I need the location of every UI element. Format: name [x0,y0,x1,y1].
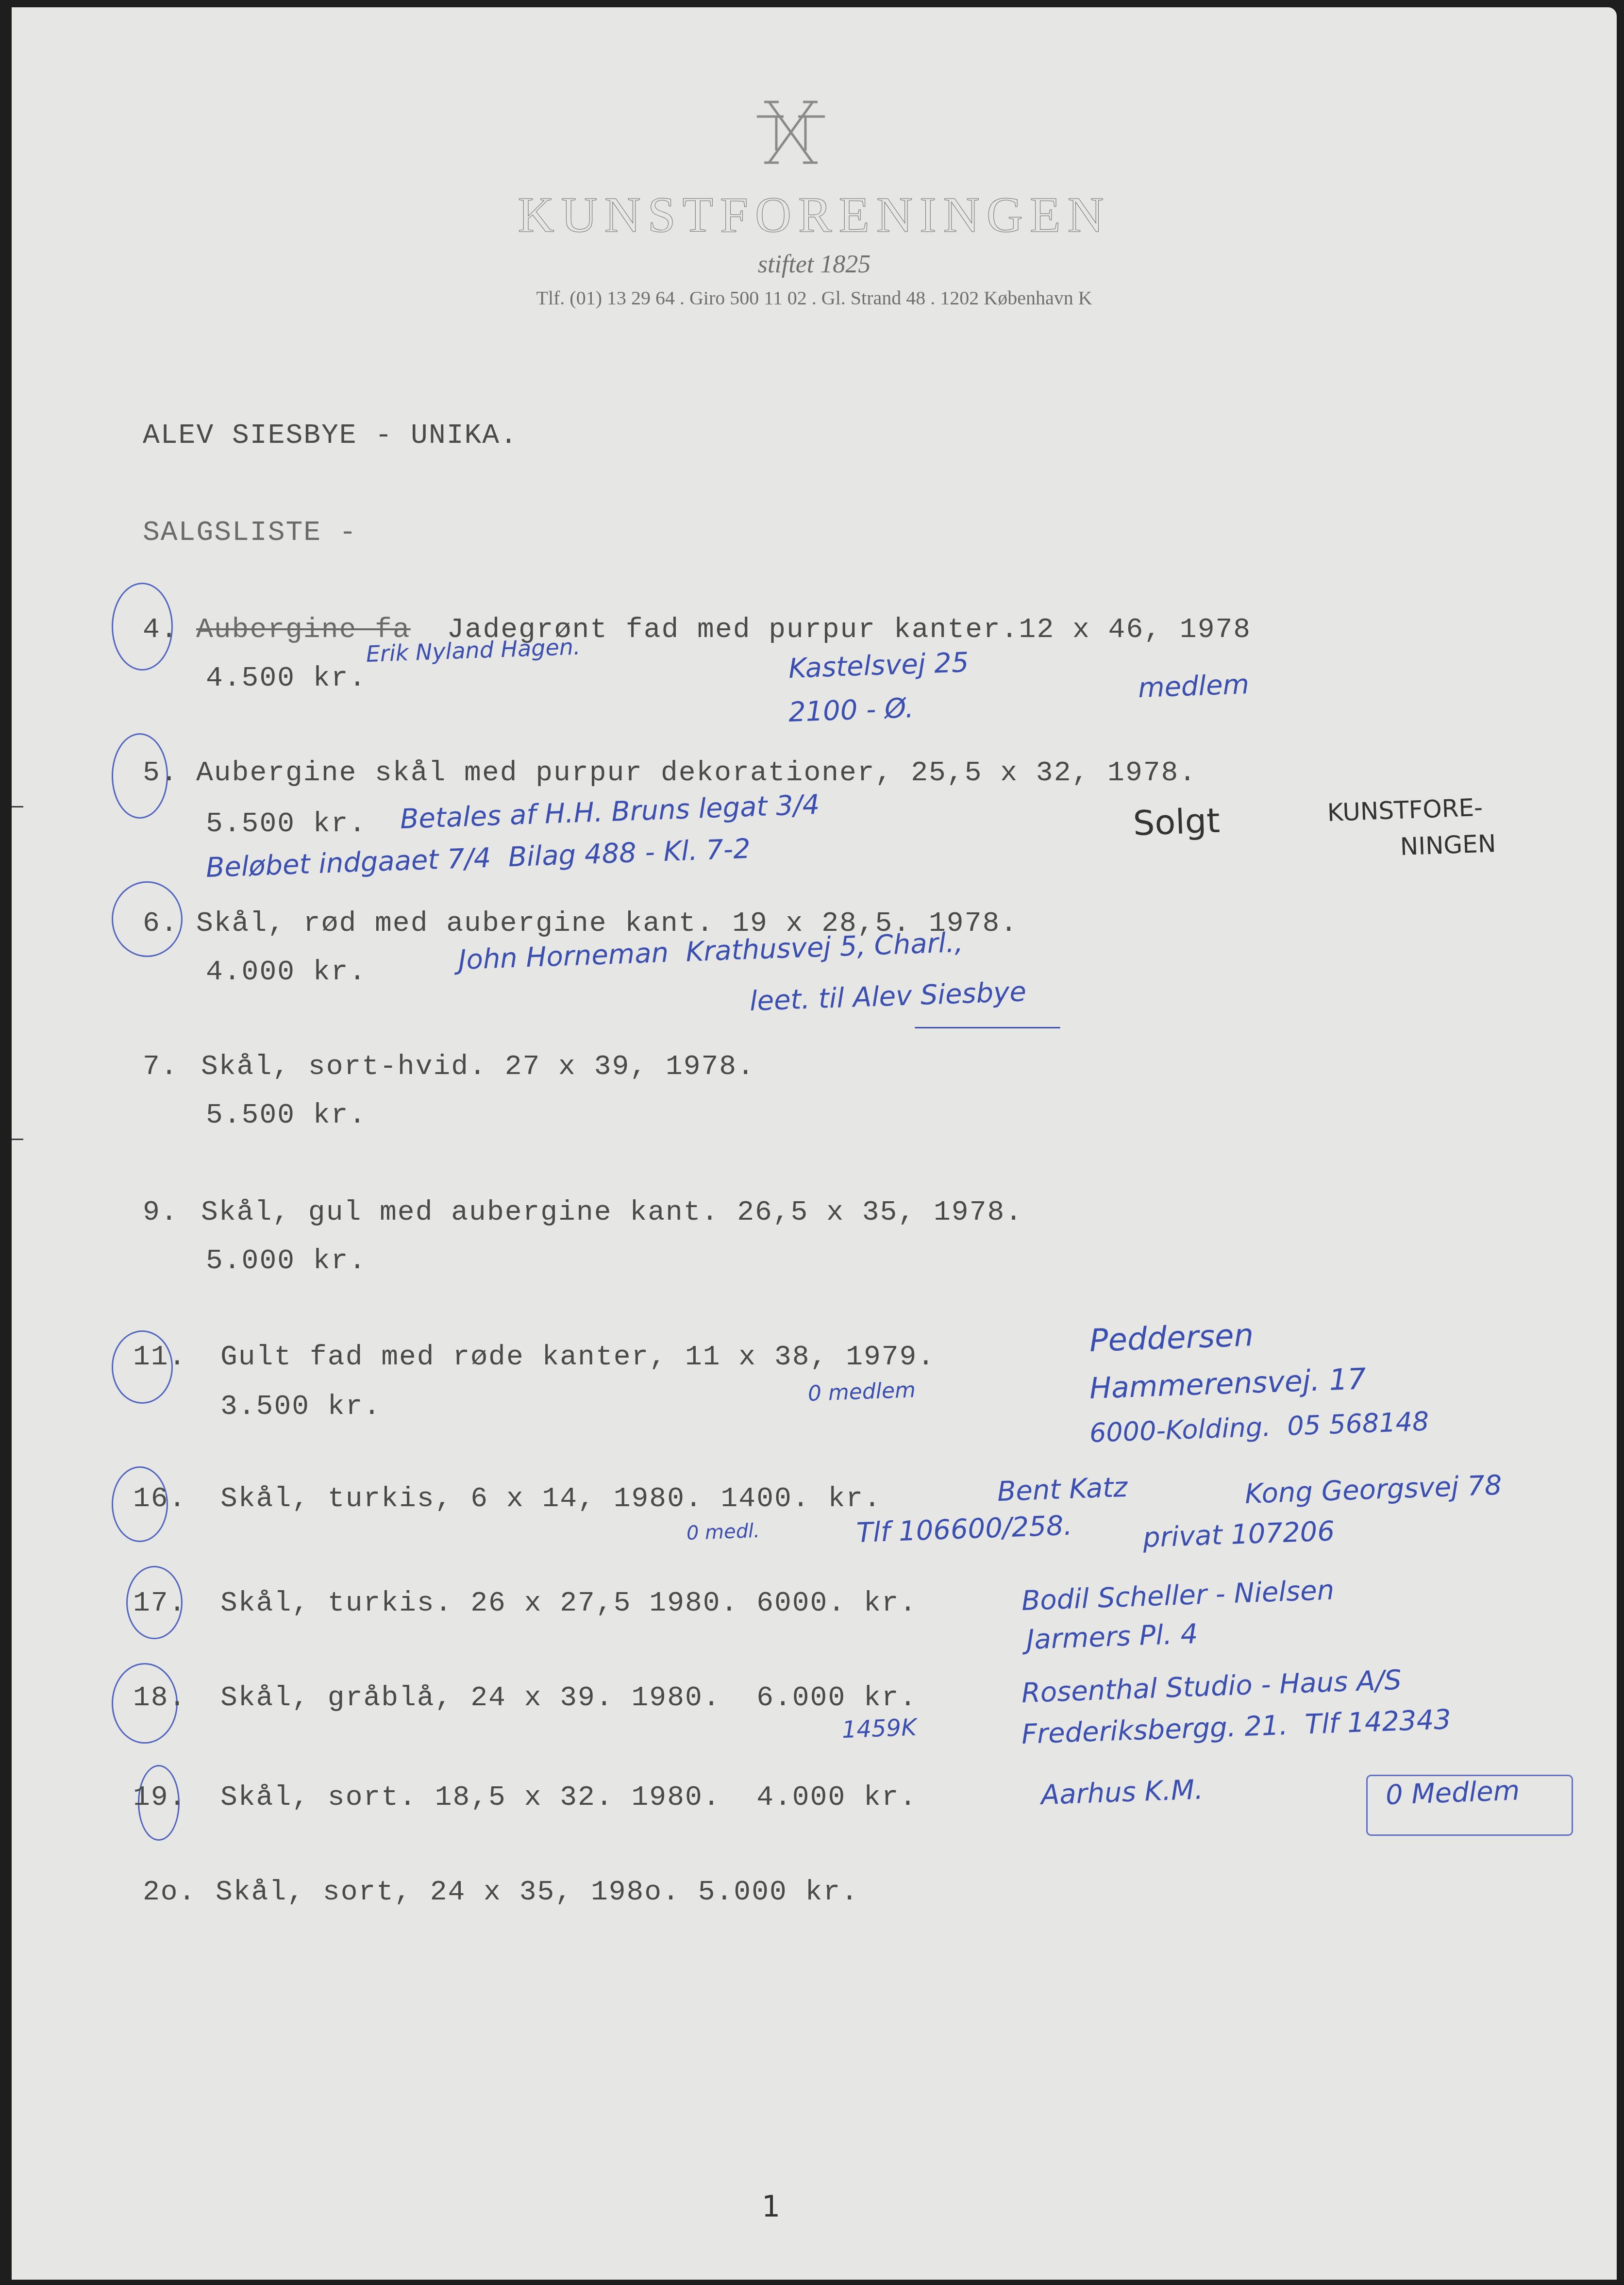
handwritten-note: Frederiksbergg. 21. Tlf 142343 [1021,1704,1452,1750]
handwritten-note: privat 107206 [1142,1515,1335,1554]
margin-mark [12,806,23,807]
handwritten-note: Jarmers Pl. 4 [1026,1618,1198,1656]
handwritten-note: Kong Georgsvej 78 [1244,1470,1503,1510]
organization-name: KUNSTFORENINGEN [12,186,1617,244]
handwritten-note: leet. til Alev Siesbye [749,976,1027,1017]
item-number: 2o. [143,1877,196,1908]
item-number: 16. [133,1483,186,1515]
handwritten-note: Bent Katz [997,1472,1128,1508]
founded-line: stiftet 1825 [12,250,1617,279]
item-number: 7. [143,1051,179,1083]
margin-mark [12,1139,23,1140]
item-description: Skål, sort-hvid. 27 x 39, 1978. [201,1051,755,1083]
item-description: Skål, turkis. 26 x 27,5 1980. 6000. kr. [220,1588,917,1619]
item-price: 4.500 kr. [206,663,367,694]
sold-note: Solgt [1133,801,1221,843]
item-number: 11. [133,1342,186,1373]
member-note: 0 medlem [807,1378,916,1406]
item-number: 18. [133,1682,186,1714]
handwritten-note: Peddersen [1089,1317,1255,1359]
item-number: 9. [143,1197,179,1228]
page-number: 1 [762,2190,780,2224]
item-price: 5.500 kr. [206,1100,367,1131]
document-subtitle: SALGSLISTE - [143,517,357,549]
item-description: Skål, sort. 18,5 x 32. 1980. 4.000 kr. [220,1782,917,1814]
handwritten-note: 2100 - Ø. [788,692,914,728]
item-description: Skål, turkis, 6 x 14, 1980. 1400. kr. [220,1483,882,1515]
underline-mark [915,1027,1060,1028]
document-page: KUNSTFORENINGEN stiftet 1825 Tlf. (01) 1… [12,7,1617,2280]
member-note: 0 medl. [686,1520,760,1545]
item-price: 4.000 kr. [206,957,367,988]
item-price: 5.000 kr. [206,1245,367,1277]
member-note: 0 Medlem [1385,1775,1520,1811]
kf-monogram-icon [754,100,827,165]
item-number: 6. [143,908,179,940]
item-description: Skål, gråblå, 24 x 39. 1980. 6.000 kr. [220,1682,917,1714]
handwritten-note: KUNSTFORE- [1327,793,1483,827]
handwritten-note: Bodil Scheller - Nielsen [1021,1575,1335,1617]
contact-address: Tlf. (01) 13 29 64 . Giro 500 11 02 . Gl… [12,286,1617,309]
handwritten-note: Hammerensvej. 17 [1089,1362,1367,1406]
handwritten-note: medlem [1138,669,1250,704]
handwritten-note: Beløbet indgaaet 7/4 Bilag 488 - Kl. 7-2 [205,833,751,884]
item-description: Skål, sort, 24 x 35, 198o. 5.000 kr. [216,1877,859,1908]
handwritten-note: Aarhus K.M. [1040,1774,1204,1811]
item-price: 3.500 kr. [220,1391,381,1423]
handwritten-note: Tlf 106600/258. [856,1510,1073,1549]
document-title: ALEV SIESBYE - UNIKA. [143,420,518,452]
handwritten-note: Betales af H.H. Bruns legat 3/4 [400,789,820,835]
item-number: 17. [133,1588,186,1619]
handwritten-note: NINGEN [1400,829,1496,861]
handwritten-note: Rosenthal Studio - Haus A/S [1021,1664,1402,1709]
item-description: Aubergine skål med purpur dekorationer, … [196,757,1197,789]
item-number: 5. [143,757,179,789]
item-price: 5.500 kr. [206,808,367,840]
handwritten-note: Kastelsvej 25 [788,647,970,685]
item-description: Gult fad med røde kanter, 11 x 38, 1979. [220,1342,935,1373]
postal-code-note: 1459K [841,1714,917,1744]
item-description: Skål, gul med aubergine kant. 26,5 x 35,… [201,1197,1023,1228]
item-number: 19. [133,1782,186,1814]
handwritten-note: 6000-Kolding. 05 568148 [1089,1406,1430,1448]
item-number: 4. [143,614,179,646]
